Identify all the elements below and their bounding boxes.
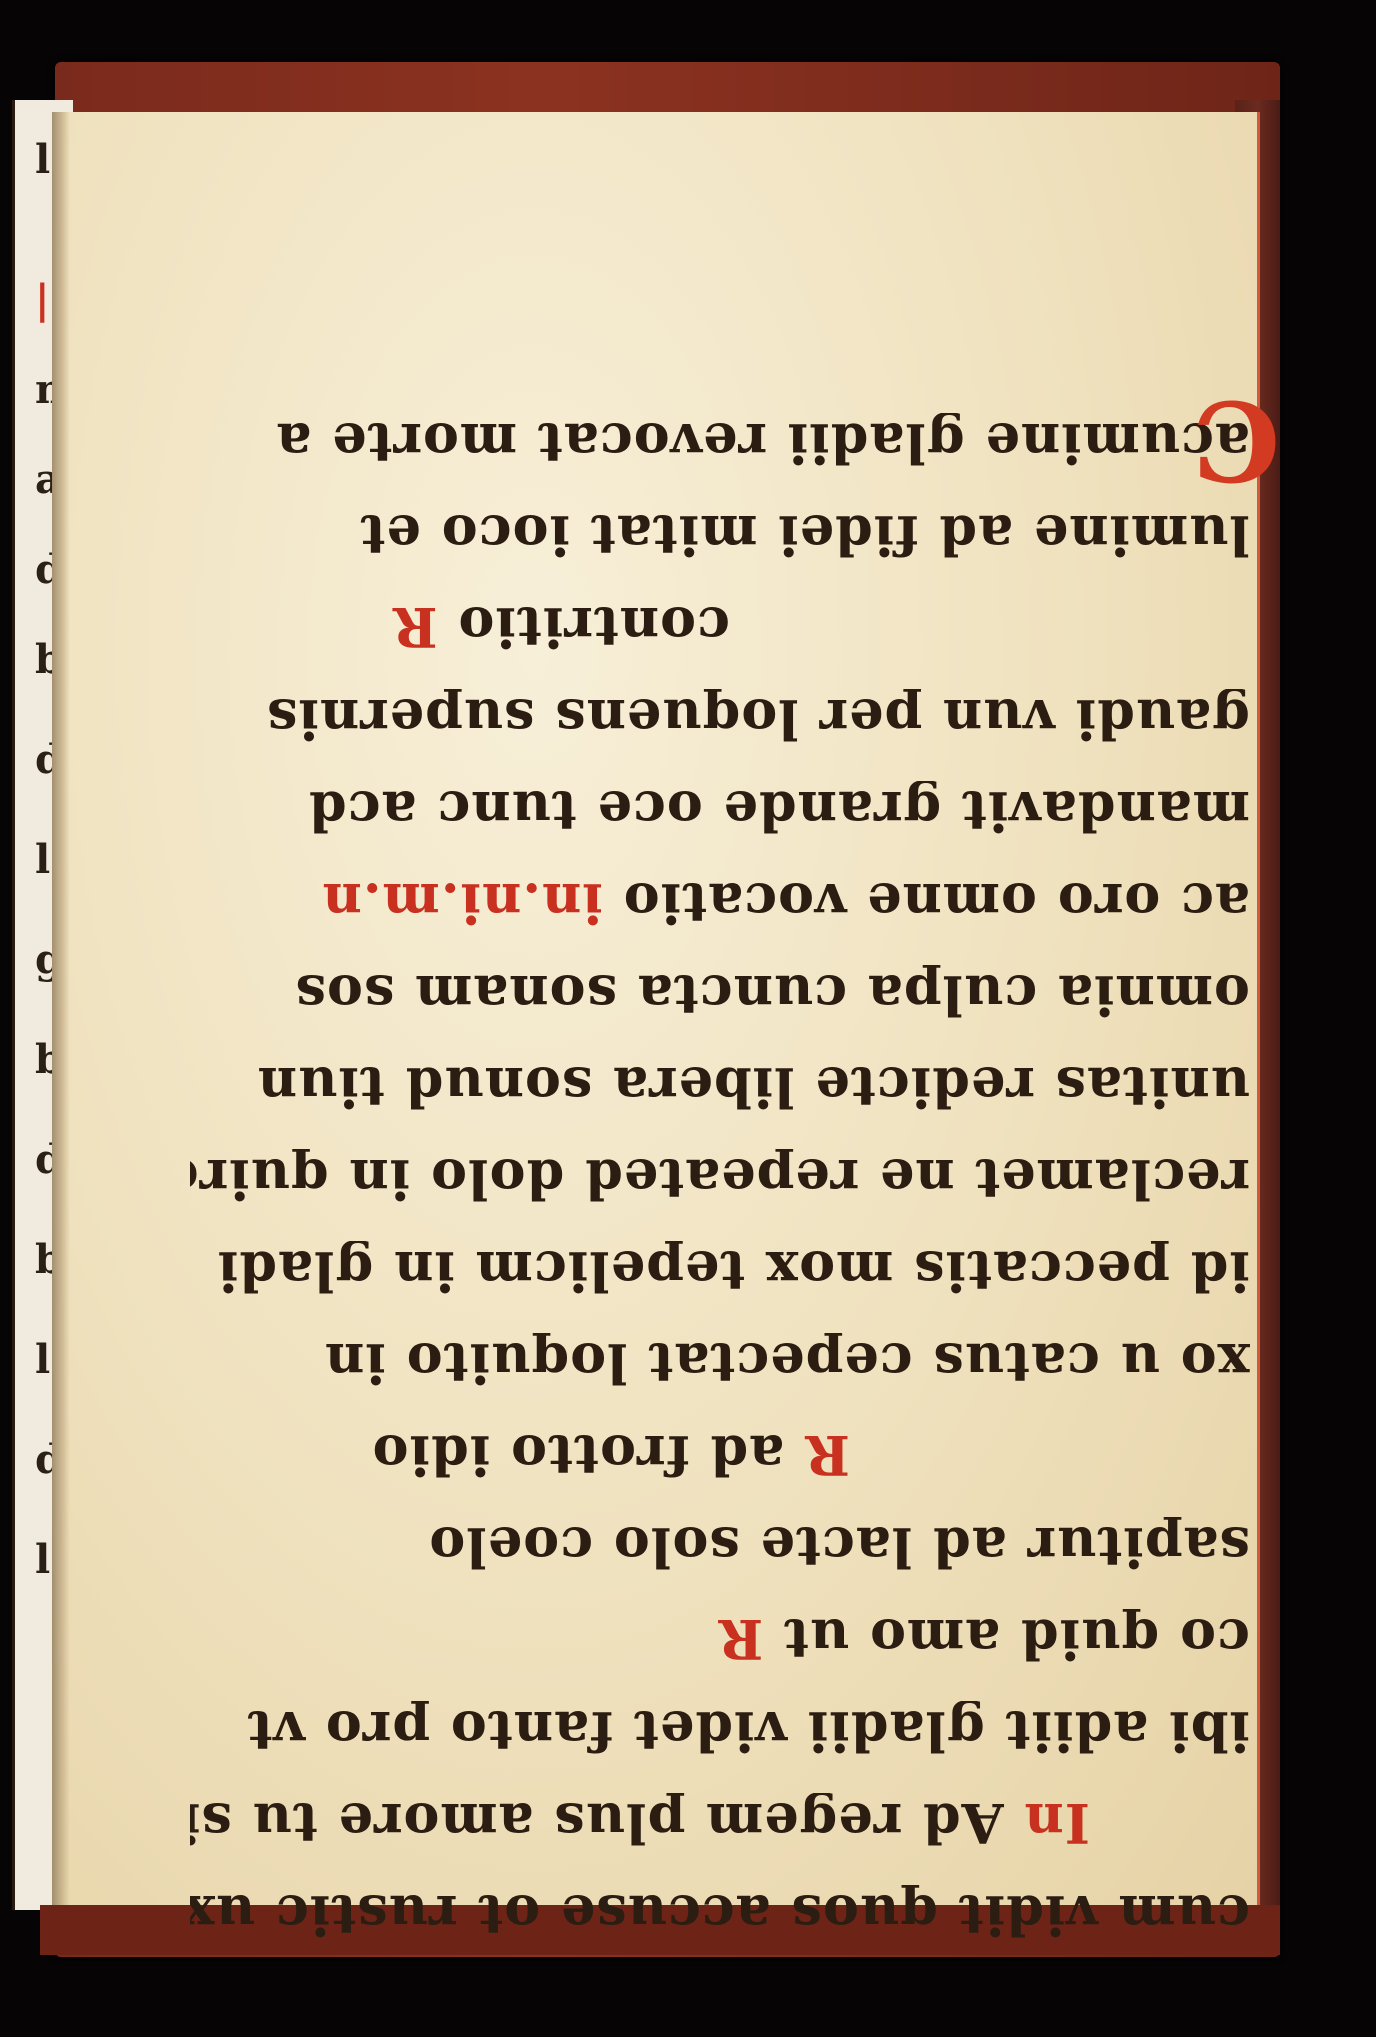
text-line: co quid amo ut R [190, 1609, 1250, 1669]
text-line: acumine gladii revocat morte a [190, 413, 1250, 473]
text-line: omnia culpa cuncta sonam sos [190, 965, 1250, 1025]
text-line: mandavit grande oce tunc acd [190, 781, 1250, 841]
text-line: sapitur ad lacte solo coelo [190, 1517, 1250, 1577]
rubric-initial: C [1192, 385, 1280, 495]
gutter-shadow [52, 112, 70, 1912]
text-line: R ad frotto idio [190, 1425, 1250, 1485]
manuscript-text-block-rotated: cum vidit quos accuse ot rustic uxor acn… [190, 355, 1250, 1945]
text-line: contritio R [190, 597, 1250, 657]
text-line: ibi adiit gladii videt fanto pro vt [190, 1701, 1250, 1761]
text-line: cum vidit quos accuse ot rustic uxor acn… [190, 1885, 1250, 1945]
text-line: gaudi vun per loquens supernis [190, 689, 1250, 749]
text-line: ac oro omne vocatio in.ni.m.n [190, 873, 1250, 933]
text-line: unitas redicte libera sonud tiun [190, 1057, 1250, 1117]
text-line: In Ad regem plus amore tu sis [190, 1793, 1250, 1853]
text-line: reclamet ne repeated dolo in quiroc et [190, 1149, 1250, 1209]
text-line: id peccatis mox tepelicm in gladi [190, 1241, 1250, 1301]
text-line: xo u catus cepectat loquito in [190, 1333, 1250, 1393]
text-line: lumine ad fidei mitat ioco et [190, 505, 1250, 565]
